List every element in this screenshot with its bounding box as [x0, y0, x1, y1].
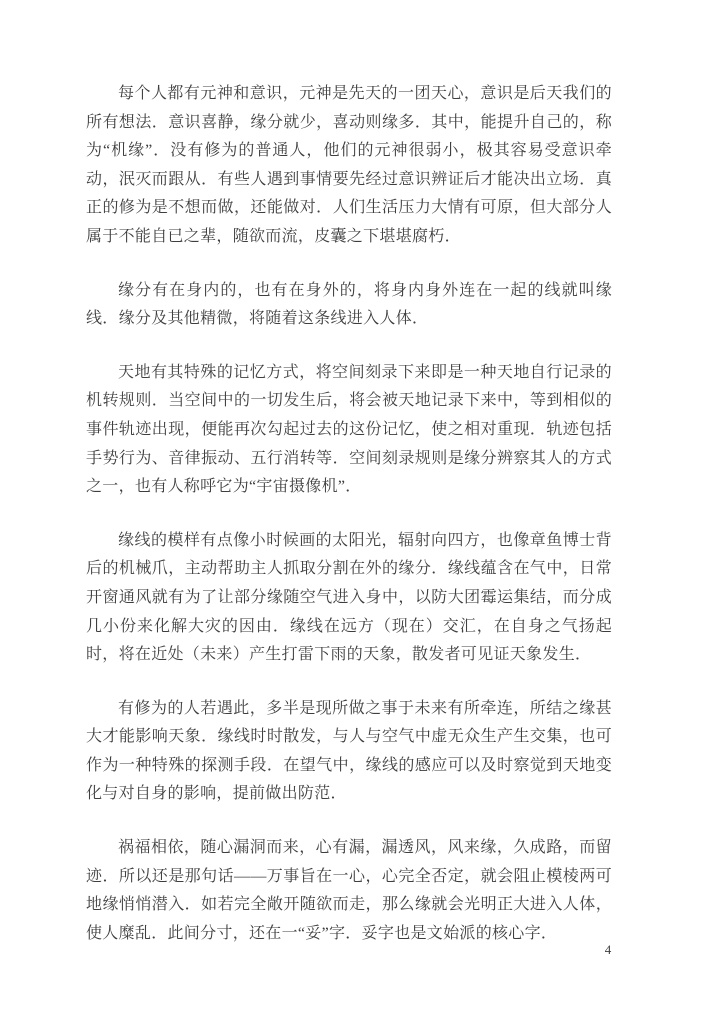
paragraph-3: 天地有其特殊的记忆方式，将空间刻录下来即是一种天地自行记录的机转规则．当空间中的…: [86, 359, 612, 502]
paragraph-5: 有修为的人若遇此，多半是现所做之事于未来有所牵连，所结之缘甚大才能影响天象．缘线…: [86, 695, 612, 809]
document-page: 每个人都有元神和意识，元神是先天的一团天心，意识是后天我们的所有想法．意识喜静，…: [0, 0, 724, 1024]
paragraph-1: 每个人都有元神和意识，元神是先天的一团天心，意识是后天我们的所有想法．意识喜静，…: [86, 80, 612, 252]
paragraph-2: 缘分有在身内的，也有在身外的，将身内身外连在一起的线就叫缘线．缘分及其他精微，将…: [86, 277, 612, 334]
page-number: 4: [598, 941, 618, 959]
paragraph-4: 缘线的模样有点像小时候画的太阳光，辐射向四方，也像章鱼博士背后的机械爪，主动帮助…: [86, 527, 612, 670]
paragraph-6: 祸福相依，随心漏洞而来，心有漏，漏透风，风来缘，久成路，而留迹．所以还是那句话—…: [86, 834, 612, 948]
text-block: 每个人都有元神和意识，元神是先天的一团天心，意识是后天我们的所有想法．意识喜静，…: [86, 80, 612, 973]
